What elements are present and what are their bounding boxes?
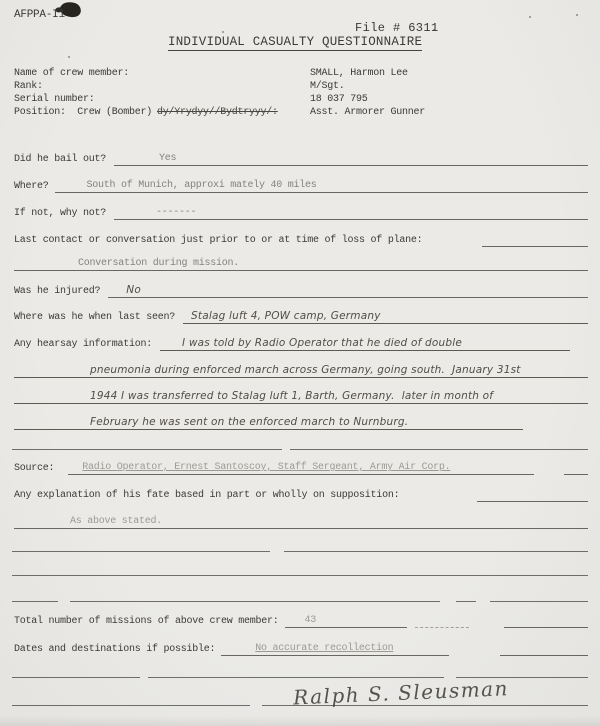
signature-left-rule [12, 705, 250, 706]
bail-out-answer-line: Yes [114, 152, 588, 166]
hearsay-row-2: pneumonia during enforced march across G… [14, 365, 588, 378]
hearsay-line-2: pneumonia during enforced march across G… [14, 364, 588, 378]
last-contact-answer: Conversation during mission. [14, 257, 239, 270]
blank-rule [456, 601, 476, 602]
dates-answer-line: No accurate recollection [221, 642, 449, 656]
blank-rule [70, 601, 440, 602]
injured-answer-line: No [108, 284, 588, 298]
hearsay-line-3: 1944 I was transferred to Stalag luft 1,… [14, 390, 588, 404]
last-contact-label: Last contact or conversation just prior … [14, 234, 422, 247]
question-missions: Total number of missions of above crew m… [14, 615, 588, 628]
position-label: Position: Crew (Bomber) [14, 106, 158, 119]
missions-answer-line: 43 [285, 614, 407, 628]
hearsay-row-3: 1944 I was transferred to Stalag luft 1,… [14, 391, 588, 404]
last-seen-label: Where was he when last seen? [14, 311, 175, 324]
hearsay-answer-4: February he was sent on the enforced mar… [14, 416, 408, 429]
form-title: INDIVIDUAL CASUALTY QUESTIONNAIRE [168, 36, 422, 51]
if-not-answer-line: ------- [114, 206, 588, 220]
question-bail-out: Did he bail out? Yes [14, 153, 588, 166]
explanation-answer: As above stated. [14, 515, 162, 528]
blank-rule [12, 575, 588, 576]
serial-label: Serial number: [14, 93, 95, 106]
missions-label: Total number of missions of above crew m… [14, 615, 279, 628]
paper-speck [529, 16, 531, 18]
hearsay-row-4: February he was sent on the enforced mar… [14, 417, 588, 430]
missions-right-segment [504, 614, 588, 628]
bail-out-label: Did he bail out? [14, 153, 106, 166]
file-number: File # 6311 [355, 22, 439, 35]
explanation-answer-line: As above stated. [14, 515, 588, 529]
blank-rule [490, 601, 588, 602]
injured-label: Was he injured? [14, 285, 100, 298]
question-injured: Was he injured? No [14, 285, 588, 298]
hearsay-label: Any hearsay information: [14, 338, 152, 351]
question-explanation: Any explanation of his fate based in par… [14, 489, 588, 502]
last-seen-answer-line: Stalag luft 4, POW camp, Germany [183, 310, 588, 324]
blank-rule [12, 601, 58, 602]
dates-answer: No accurate recollection [221, 642, 393, 655]
question-last-contact: Last contact or conversation just prior … [14, 234, 588, 247]
serial-value: 18 037 795 [310, 93, 368, 106]
explanation-answer-row: As above stated. [14, 516, 588, 529]
name-value: SMALL, Harmon Lee [310, 67, 408, 80]
rank-label: Rank: [14, 80, 43, 93]
last-contact-answer-line: Conversation during mission. [14, 257, 588, 271]
if-not-label: If not, why not? [14, 207, 106, 220]
question-where: Where? South of Munich, approxi mately 4… [14, 180, 588, 193]
source-label: Source: [14, 462, 54, 475]
paper-speck [576, 14, 578, 16]
hearsay-answer-1: I was told by Radio Operator that he die… [160, 337, 462, 350]
source-answer-line: Radio Operator, Ernest Santoscoy, Staff … [68, 461, 534, 475]
where-answer: South of Munich, approxi mately 40 miles [55, 179, 317, 192]
blank-rule [148, 677, 444, 678]
dates-label: Dates and destinations if possible: [14, 643, 215, 656]
source-answer: Radio Operator, Ernest Santoscoy, Staff … [68, 461, 450, 474]
last-contact-trailing-line [482, 233, 588, 247]
question-source: Source: Radio Operator, Ernest Santoscoy… [14, 462, 588, 475]
dates-right-segment [500, 642, 588, 656]
where-label: Where? [14, 180, 49, 193]
question-dates: Dates and destinations if possible: No a… [14, 643, 588, 656]
last-seen-answer: Stalag luft 4, POW camp, Germany [183, 310, 381, 323]
injured-answer: No [108, 284, 141, 297]
paper-speck [68, 56, 70, 58]
last-contact-answer-row: Conversation during mission. [14, 258, 588, 271]
explanation-trailing-line [477, 488, 588, 502]
paper-speck [222, 31, 224, 33]
question-if-not: If not, why not? ------- [14, 207, 588, 220]
name-label: Name of crew member: [14, 67, 129, 80]
hearsay-answer-2: pneumonia during enforced march across G… [14, 364, 521, 377]
missions-answer: 43 [285, 614, 317, 627]
blank-rule [12, 677, 140, 678]
blank-rule [284, 551, 588, 552]
missions-dash-segment [415, 614, 469, 628]
form-code: AFPPA-I1 [14, 9, 65, 22]
position-struck-text: dy/Yrydyy//Bydtryyy/: [157, 106, 278, 119]
rank-value: M/Sgt. [310, 80, 345, 93]
bail-out-answer: Yes [114, 152, 176, 165]
question-hearsay: Any hearsay information: I was told by R… [14, 338, 588, 351]
position-value: Asst. Armorer Gunner [310, 106, 425, 119]
blank-rule [290, 449, 588, 450]
hearsay-line-4: February he was sent on the enforced mar… [14, 416, 523, 430]
where-answer-line: South of Munich, approxi mately 40 miles [55, 179, 588, 193]
source-right-segment [564, 461, 588, 475]
blank-rule [12, 449, 282, 450]
question-last-seen: Where was he when last seen? Stalag luft… [14, 311, 588, 324]
scanned-document: AFPPA-I1 File # 6311 INDIVIDUAL CASUALTY… [0, 0, 600, 726]
explanation-label: Any explanation of his fate based in par… [14, 489, 399, 502]
hearsay-line-1: I was told by Radio Operator that he die… [160, 337, 570, 351]
hearsay-answer-3: 1944 I was transferred to Stalag luft 1,… [14, 390, 493, 403]
blank-rule [12, 551, 270, 552]
if-not-answer: ------- [114, 206, 196, 219]
signature: Ralph S. Sleusman [293, 672, 594, 709]
